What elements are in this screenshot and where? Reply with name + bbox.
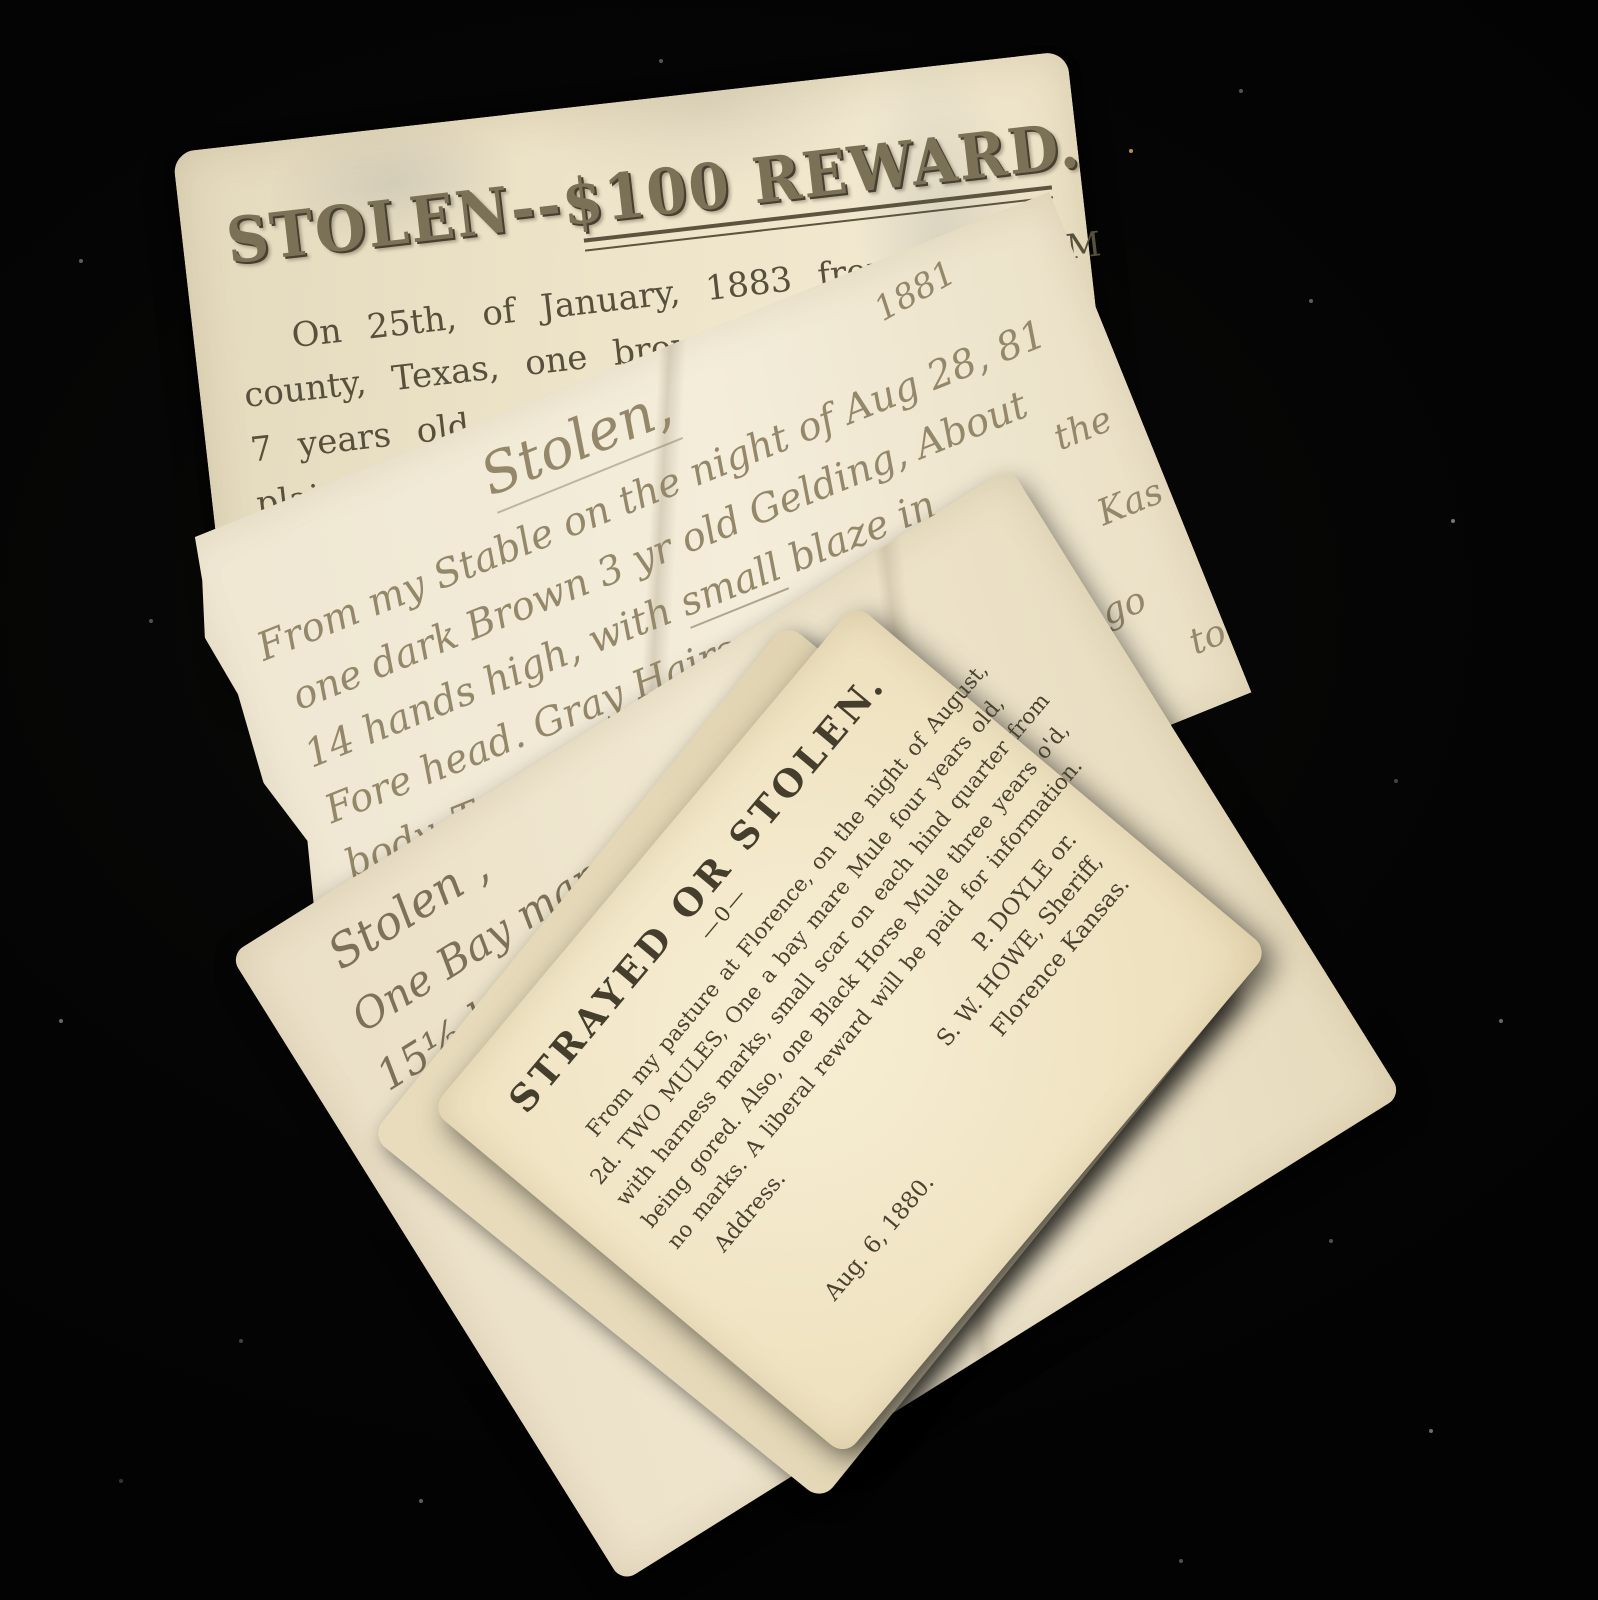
photo-backdrop: STOLEN--$100 REWARD. On 25th, of January…	[0, 0, 1598, 1600]
dust-speckles	[0, 0, 2, 2]
